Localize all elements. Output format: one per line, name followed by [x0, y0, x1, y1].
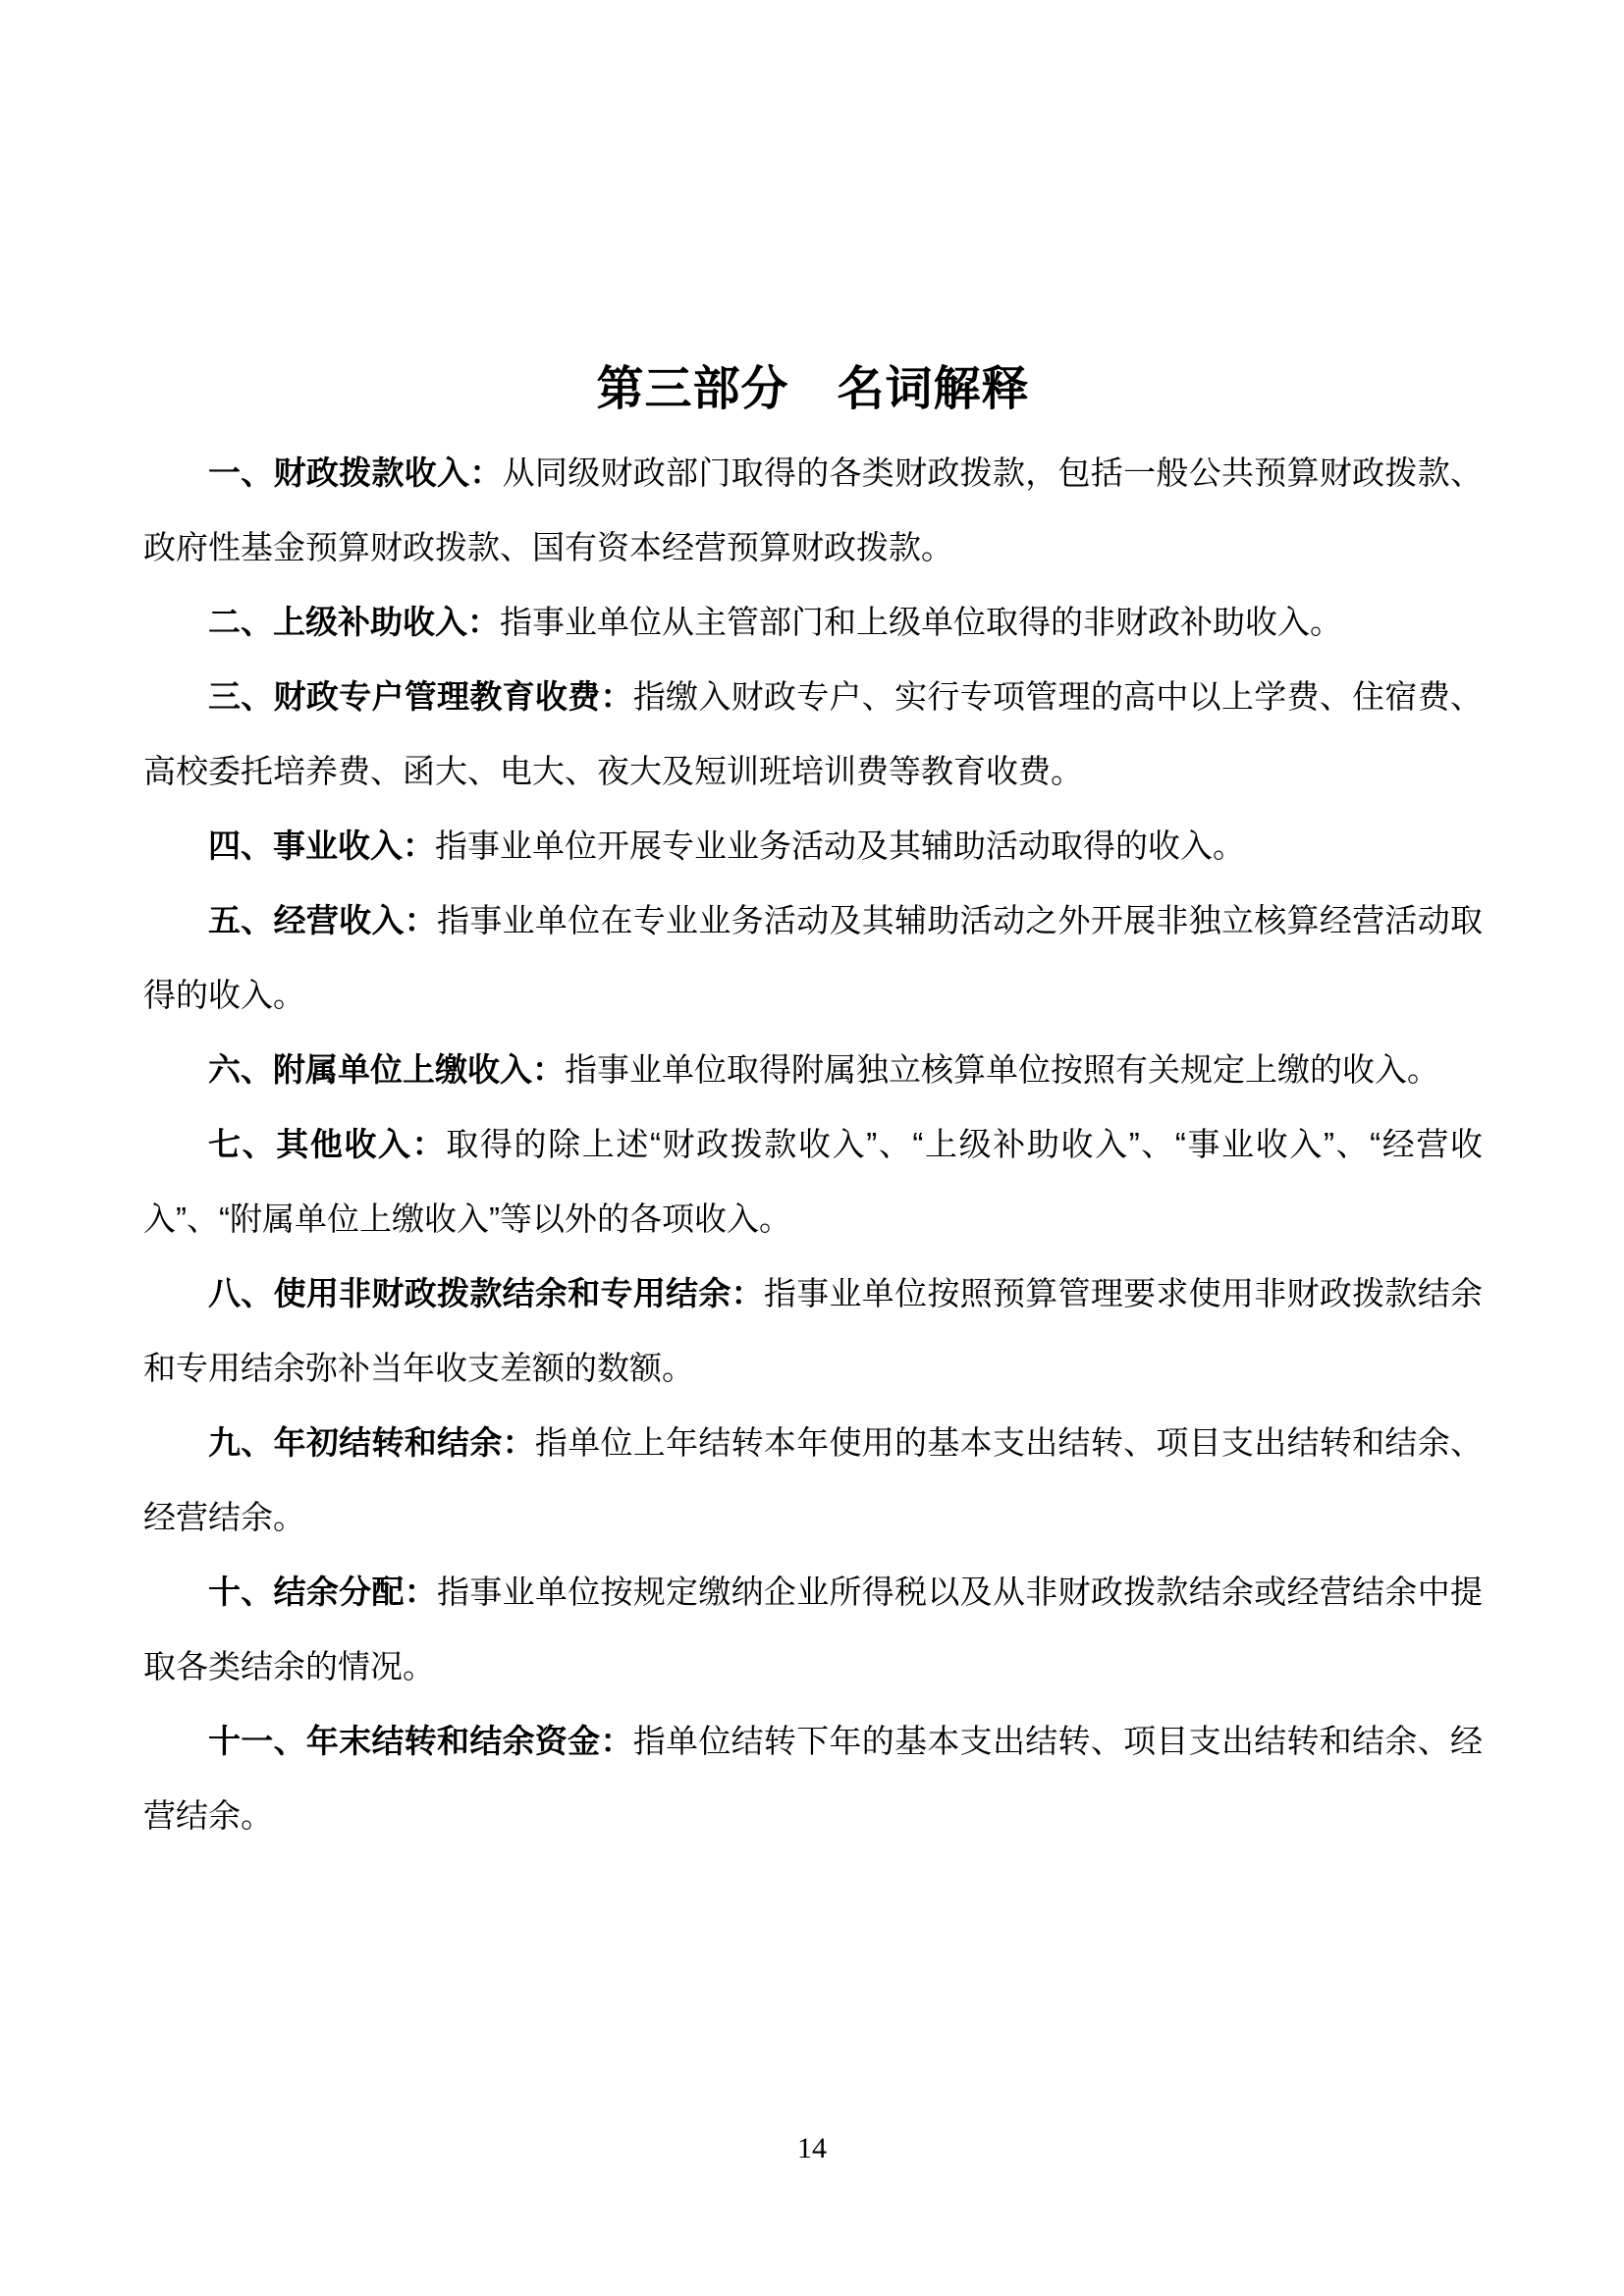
glossary-body: 一、财政拨款收入：从同级财政部门取得的各类财政拨款，包括一般公共预算财政拨款、政… [143, 436, 1483, 1853]
term-label: 一、财政拨款收入： [208, 454, 503, 491]
page-content: 第三部分 名词解释 一、财政拨款收入：从同级财政部门取得的各类财政拨款，包括一般… [143, 359, 1483, 1853]
term-label: 四、事业收入： [208, 828, 435, 864]
term-label: 十、结余分配： [208, 1574, 437, 1610]
term-label: 二、上级补助收入： [208, 604, 500, 640]
glossary-paragraph: 二、上级补助收入：指事业单位从主管部门和上级单位取得的非财政补助收入。 [143, 585, 1483, 660]
term-label: 七、其他收入： [208, 1126, 446, 1162]
term-label: 八、使用非财政拨款结余和专用结余： [208, 1275, 764, 1311]
page-number: 14 [0, 2132, 1624, 2165]
term-definition: 指事业单位开展专业业务活动及其辅助活动取得的收入。 [435, 828, 1245, 864]
glossary-paragraph: 五、经营收入：指事业单位在专业业务活动及其辅助活动之外开展非独立核算经营活动取得… [143, 883, 1483, 1033]
document-page: 第三部分 名词解释 一、财政拨款收入：从同级财政部门取得的各类财政拨款，包括一般… [0, 0, 1624, 2296]
glossary-paragraph: 九、年初结转和结余：指单位上年结转本年使用的基本支出结转、项目支出结转和结余、经… [143, 1406, 1483, 1555]
term-label: 六、附属单位上缴收入： [208, 1051, 565, 1088]
glossary-paragraph: 一、财政拨款收入：从同级财政部门取得的各类财政拨款，包括一般公共预算财政拨款、政… [143, 436, 1483, 585]
glossary-paragraph: 三、财政专户管理教育收费：指缴入财政专户、实行专项管理的高中以上学费、住宿费、高… [143, 660, 1483, 809]
glossary-paragraph: 七、其他收入：取得的除上述“财政拨款收入”、“上级补助收入”、“事业收入”、“经… [143, 1107, 1483, 1256]
term-definition: 指事业单位从主管部门和上级单位取得的非财政补助收入。 [500, 604, 1342, 640]
glossary-paragraph: 十一、年末结转和结余资金：指单位结转下年的基本支出结转、项目支出结转和结余、经营… [143, 1704, 1483, 1853]
term-definition: 指事业单位取得附属独立核算单位按照有关规定上缴的收入。 [565, 1051, 1439, 1088]
term-label: 十一、年末结转和结余资金： [208, 1723, 633, 1759]
glossary-paragraph: 八、使用非财政拨款结余和专用结余：指事业单位按照预算管理要求使用非财政拨款结余和… [143, 1256, 1483, 1406]
term-label: 五、经营收入： [208, 902, 437, 938]
term-label: 三、财政专户管理教育收费： [208, 678, 633, 715]
glossary-paragraph: 六、附属单位上缴收入：指事业单位取得附属独立核算单位按照有关规定上缴的收入。 [143, 1033, 1483, 1107]
glossary-paragraph: 四、事业收入：指事业单位开展专业业务活动及其辅助活动取得的收入。 [143, 809, 1483, 883]
glossary-paragraph: 十、结余分配：指事业单位按规定缴纳企业所得税以及从非财政拨款结余或经营结余中提取… [143, 1555, 1483, 1704]
page-title: 第三部分 名词解释 [143, 359, 1483, 420]
term-label: 九、年初结转和结余： [208, 1424, 535, 1461]
